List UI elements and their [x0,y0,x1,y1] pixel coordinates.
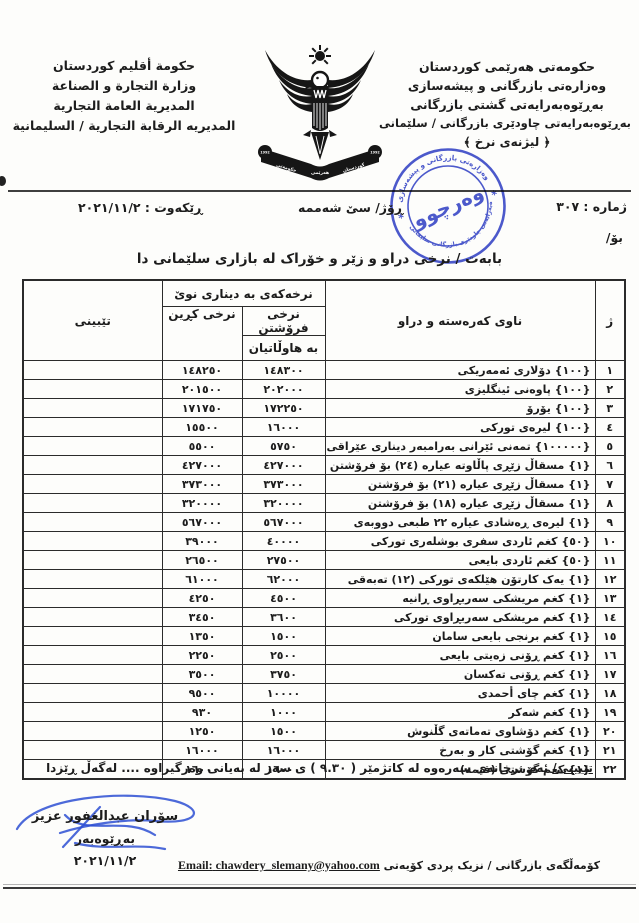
page-title: بابه‌ت / نرخی دراو و زێر و خۆراک له بازا… [0,251,639,267]
table-row: ١٤ {١} کغم مریشکی سەربڕاوی تورکی ٣٦٠٠ ٣٤… [23,608,625,627]
row-buy-price: ٣٧٣٠٠٠ [162,475,242,494]
row-note [23,570,162,589]
footnote-text: ئەم نرخانەی سەرەوە لە کاتژمێر ( ٩.٣٠ ) ی… [46,761,552,775]
row-index: ١٢ [595,570,625,589]
row-note [23,380,162,399]
row-sell-price: ٥٦٧٠٠٠ [242,513,325,532]
row-note [23,722,162,741]
table-row: ٢ {١٠٠} پاوەنی ئینگلیزی ٢٠٢٠٠٠ ٢٠١٥٠٠ [23,380,625,399]
row-buy-price: ١٧١٧٥٠ [162,399,242,418]
row-index: ١٠ [595,532,625,551]
row-item-name: {١٠٠٠٠٠} تمەنی ئێرانی بەرامبەر دیناری عێ… [325,437,595,456]
row-index: ١١ [595,551,625,570]
email-link[interactable]: chawdery_slemany@yahoo.com [216,858,380,872]
scan-smudge [0,176,6,186]
row-item-name: {١٠٠} یۆرۆ [325,399,595,418]
row-sell-price: ٥٧٥٠ [242,437,325,456]
row-sell-price: ٢٧٥٠٠ [242,551,325,570]
table-row: ١١ {٥٠} کغم ئاردی بایعی ٢٧٥٠٠ ٢٦٥٠٠ [23,551,625,570]
table-row: ١٩ {١} کغم شەکر ١٠٠٠ ٩٣٠ [23,703,625,722]
row-sell-price: ٤٢٧٠٠٠ [242,456,325,475]
table-row: ١٨ {١} کغم چای أحمدی ١٠٠٠٠ ٩٥٠٠ [23,684,625,703]
header-arabic-line-3: المديرية العامة التجارية [8,96,240,116]
row-item-name: {١} یەک کارتۆن هێلکەی تورکی (١٢) تەبەقی [325,570,595,589]
row-sell-price: ٦٢٠٠٠ [242,570,325,589]
signature-date: ٢٠٢١/١١/٢ [15,850,195,872]
row-item-name: {١٠٠} دۆلاری ئەمەریکی [325,361,595,380]
row-note [23,399,162,418]
table-row: ٣ {١٠٠} یۆرۆ ١٧٢٢٥٠ ١٧١٧٥٠ [23,399,625,418]
table-row: ١ {١٠٠} دۆلاری ئەمەریکی ١٤٨٣٠٠ ١٤٨٢٥٠ [23,361,625,380]
row-note [23,437,162,456]
row-buy-price: ٤٢٧٠٠٠ [162,456,242,475]
row-buy-price: ١٣٥٠ [162,627,242,646]
eagle-right-wing [328,50,375,112]
price-table: ژ ناوی کەرەستە و دراو نرخەکەی به دیناری … [22,279,626,780]
row-sell-price: ١٦٠٠٠ [242,418,325,437]
table-row: ١٢ {١} یەک کارتۆن هێلکەی تورکی (١٢) تەبە… [23,570,625,589]
header-divider-line [8,190,631,192]
row-buy-price: ١٥٥٠٠ [162,418,242,437]
footer-rule-thick [3,887,636,889]
footer-address: کۆمەڵگەی بازرگانی / نزیک پردی کۆیەتی [384,859,600,872]
row-index: ٢ [595,380,625,399]
header-arabic-line-4: المديريه الرقابة التجارية / السليمانية [8,116,240,136]
row-sell-price: ١٥٠٠ [242,722,325,741]
row-index: ٦ [595,456,625,475]
header-arabic-line-2: وزارة التجارة و الصناعة [8,76,240,96]
row-buy-price: ٢٢٥٠ [162,646,242,665]
row-sell-price: ٣٧٥٠ [242,665,325,684]
row-item-name: {١} کغم شەکر [325,703,595,722]
signer-name: سۆران عبدالغفور عزیز [15,806,195,828]
table-row: ١٥ {١} کغم برنجی بایعی سامان ١٥٠٠ ١٣٥٠ [23,627,625,646]
row-sell-price: ٣٢٠٠٠٠ [242,494,325,513]
row-sell-price: ٢٥٠٠ [242,646,325,665]
svg-text:هەرێمی: هەرێمی [311,171,329,176]
row-index: ١٤ [595,608,625,627]
row-buy-price: ٩٥٠٠ [162,684,242,703]
svg-text:وەرچوو: وەرچوو [408,180,488,234]
footer-contact-line: کۆمەڵگەی بازرگانی / نزیک پردی کۆیەتی Ema… [255,858,600,873]
table-row: ٢٠ {١} کغم دۆشاوی تەماتەی گڵنوش ١٥٠٠ ١٢٥… [23,722,625,741]
row-note [23,608,162,627]
row-item-name: {١} لیرەی ڕەشادی عیارە ٢٢ طبعی دووبەی [325,513,595,532]
row-note [23,703,162,722]
row-item-name: {١} کغم گۆشتی کار و بەرخ [325,741,595,760]
eagle-left-wing [265,50,312,112]
row-index: ١٣ [595,589,625,608]
row-buy-price: ٦١٠٠٠ [162,570,242,589]
svg-text:1992: 1992 [370,151,380,155]
row-buy-price: ١٤٨٢٥٠ [162,361,242,380]
row-sell-price: ٤٠٠٠٠ [242,532,325,551]
row-buy-price: ٣٩٠٠٠ [162,532,242,551]
row-note [23,361,162,380]
row-item-name: {١} کغم ڕۆنی تەکسان [325,665,595,684]
row-note [23,418,162,437]
row-note [23,551,162,570]
row-index: ٢١ [595,741,625,760]
table-row: ٨ {١} مسقاڵ زێڕی عیارە (١٨) بۆ فرۆشتن ٣٢… [23,494,625,513]
row-buy-price: ٢٦٥٠٠ [162,551,242,570]
header-arabic-line-1: حكومة أقليم كوردستان [8,56,240,76]
table-body: ١ {١٠٠} دۆلاری ئەمەریکی ١٤٨٣٠٠ ١٤٨٢٥٠ ٢ … [23,361,625,780]
table-row: ٦ {١} مسقاڵ زێڕی پاڵاوتە عیارە (٢٤) بۆ ف… [23,456,625,475]
row-sell-price: ١٧٢٢٥٠ [242,399,325,418]
kurdistan-coat-of-arms-icon: 1992 1992 حکومەتی هەرێمی کوردستان [255,42,385,192]
table-row: ٥ {١٠٠٠٠٠} تمەنی ئێرانی بەرامبەر دیناری … [23,437,625,456]
row-item-name: {١٠٠} لیرەی تورکی [325,418,595,437]
email-label: Email: [178,858,213,872]
row-index: ١ [595,361,625,380]
row-index: ١٦ [595,646,625,665]
footer-rule-thin [3,884,636,885]
col-header-sell-price: نرخی فرۆشتن [242,307,325,336]
header-kurdish-block: حکومەتی هەرێمی کوردستان وەزارەتی بازرگان… [383,57,631,152]
row-index: ٤ [595,418,625,437]
table-row: ٧ {١} مسقاڵ زێڕی عیارە (٢١) بۆ فرۆشتن ٣٧… [23,475,625,494]
row-item-name: {١} کغم چای أحمدی [325,684,595,703]
row-note [23,646,162,665]
col-header-sell-to-citizens: به هاوڵاتیان [242,336,325,361]
row-sell-price: ١٦٠٠٠ [242,741,325,760]
document-number: ژماره : ٣٠٧ [556,199,627,214]
row-note [23,513,162,532]
col-header-buy-price: نرخی کڕین [162,307,242,361]
row-item-name: {١} مسقاڵ زێڕی عیارە (٢١) بۆ فرۆشتن [325,475,595,494]
row-item-name: {٥٠} کغم ئاردی سفری بوشلەری تورکی [325,532,595,551]
col-header-item-name: ناوی کەرەستە و دراو [325,280,595,361]
row-buy-price: ٣٤٥٠ [162,608,242,627]
row-item-name: {١} کغم ڕۆنی زەیتی بایعی [325,646,595,665]
row-note [23,684,162,703]
header-kurdish-line-4: بەڕێوەبەرایەتی چاودێری بازرگانی / سلێمان… [383,114,631,133]
row-index: ١٧ [595,665,625,684]
row-item-name: {١} مسقاڵ زێڕی عیارە (١٨) بۆ فرۆشتن [325,494,595,513]
svg-text:1992: 1992 [260,151,270,155]
row-sell-price: ٢٠٢٠٠٠ [242,380,325,399]
row-buy-price: ٩٣٠ [162,703,242,722]
row-index: ٨ [595,494,625,513]
row-note [23,456,162,475]
row-index: ٥ [595,437,625,456]
table-row: ٢١ {١} کغم گۆشتی کار و بەرخ ١٦٠٠٠ ١٦٠٠٠ [23,741,625,760]
footnote-label: تێبینی/ [552,761,593,775]
row-note [23,475,162,494]
row-item-name: {١} مسقاڵ زێڕی پاڵاوتە عیارە (٢٤) بۆ فرۆ… [325,456,595,475]
row-sell-price: ٣٧٣٠٠٠ [242,475,325,494]
row-buy-price: ٥٦٧٠٠٠ [162,513,242,532]
header-kurdish-line-1: حکومەتی هەرێمی کوردستان [383,57,631,76]
table-row: ٤ {١٠٠} لیرەی تورکی ١٦٠٠٠ ١٥٥٠٠ [23,418,625,437]
table-row: ١٧ {١} کغم ڕۆنی تەکسان ٣٧٥٠ ٣٥٠٠ [23,665,625,684]
row-note [23,741,162,760]
row-index: ١٨ [595,684,625,703]
row-note [23,665,162,684]
row-note [23,627,162,646]
row-buy-price: ٢٠١٥٠٠ [162,380,242,399]
row-sell-price: ١٤٨٣٠٠ [242,361,325,380]
row-item-name: {١} کغم دۆشاوی تەماتەی گڵنوش [325,722,595,741]
row-buy-price: ١٢٥٠ [162,722,242,741]
price-committee-label: ﴿ لیژنەی نرخ ﴾ [383,133,631,152]
table-row: ١٠ {٥٠} کغم ئاردی سفری بوشلەری تورکی ٤٠٠… [23,532,625,551]
row-index: ٢٠ [595,722,625,741]
header-kurdish-line-3: بەڕێوەبەرایەتی گشتی بازرگانی [383,95,631,114]
row-index: ١٩ [595,703,625,722]
row-item-name: {١} کغم مریشکی سەربڕاوی ڕانیە [325,589,595,608]
col-group-header-prices: نرخەکەی به دیناری نوێ [162,280,325,307]
row-buy-price: ١٦٠٠٠ [162,741,242,760]
row-index: ٩ [595,513,625,532]
document-date: ڕێکەوت : ٢٠٢١/١١/٢ [78,200,203,215]
row-sell-price: ١٠٠٠ [242,703,325,722]
footnote: تێبینی/ ئەم نرخانەی سەرەوە لە کاتژمێر ( … [0,761,639,775]
to-label: بۆ/ [606,230,623,245]
table-row: ٩ {١} لیرەی ڕەشادی عیارە ٢٢ طبعی دووبەی … [23,513,625,532]
row-note [23,589,162,608]
document-day: ڕۆژ/ سێ شەممە [298,200,403,215]
row-sell-price: ١٠٠٠٠ [242,684,325,703]
header-kurdish-line-2: وەزارەتی بازرگانی و پیشەسازی [383,76,631,95]
row-item-name: {١} کغم مریشکی سەربڕاوی تورکی [325,608,595,627]
row-buy-price: ٤٢٥٠ [162,589,242,608]
col-header-notes: تێبینی [23,280,162,361]
row-buy-price: ٣٥٠٠ [162,665,242,684]
signature-block: سۆران عبدالغفور عزیز بەڕێوەبەر ٢٠٢١/١١/٢ [15,806,195,872]
row-buy-price: ٣٢٠٠٠٠ [162,494,242,513]
row-sell-price: ٣٦٠٠ [242,608,325,627]
row-index: ١٥ [595,627,625,646]
row-index: ٧ [595,475,625,494]
row-note [23,532,162,551]
row-item-name: {١} کغم برنجی بایعی سامان [325,627,595,646]
row-item-name: {١٠٠} پاوەنی ئینگلیزی [325,380,595,399]
svg-text:*: * [490,188,499,202]
row-buy-price: ٥٥٠٠ [162,437,242,456]
table-row: ١٣ {١} کغم مریشکی سەربڕاوی ڕانیە ٤٥٠٠ ٤٢… [23,589,625,608]
row-sell-price: ١٥٠٠ [242,627,325,646]
row-item-name: {٥٠} کغم ئاردی بایعی [325,551,595,570]
row-sell-price: ٤٥٠٠ [242,589,325,608]
header-arabic-block: حكومة أقليم كوردستان وزارة التجارة و الص… [8,56,240,136]
row-note [23,494,162,513]
signer-title: بەڕێوەبەر [15,828,195,850]
scanned-document-page: حکومەتی هەرێمی کوردستان وەزارەتی بازرگان… [0,0,639,923]
row-index: ٣ [595,399,625,418]
col-header-index: ژ [595,280,625,361]
table-row: ١٦ {١} کغم ڕۆنی زەیتی بایعی ٢٥٠٠ ٢٢٥٠ [23,646,625,665]
